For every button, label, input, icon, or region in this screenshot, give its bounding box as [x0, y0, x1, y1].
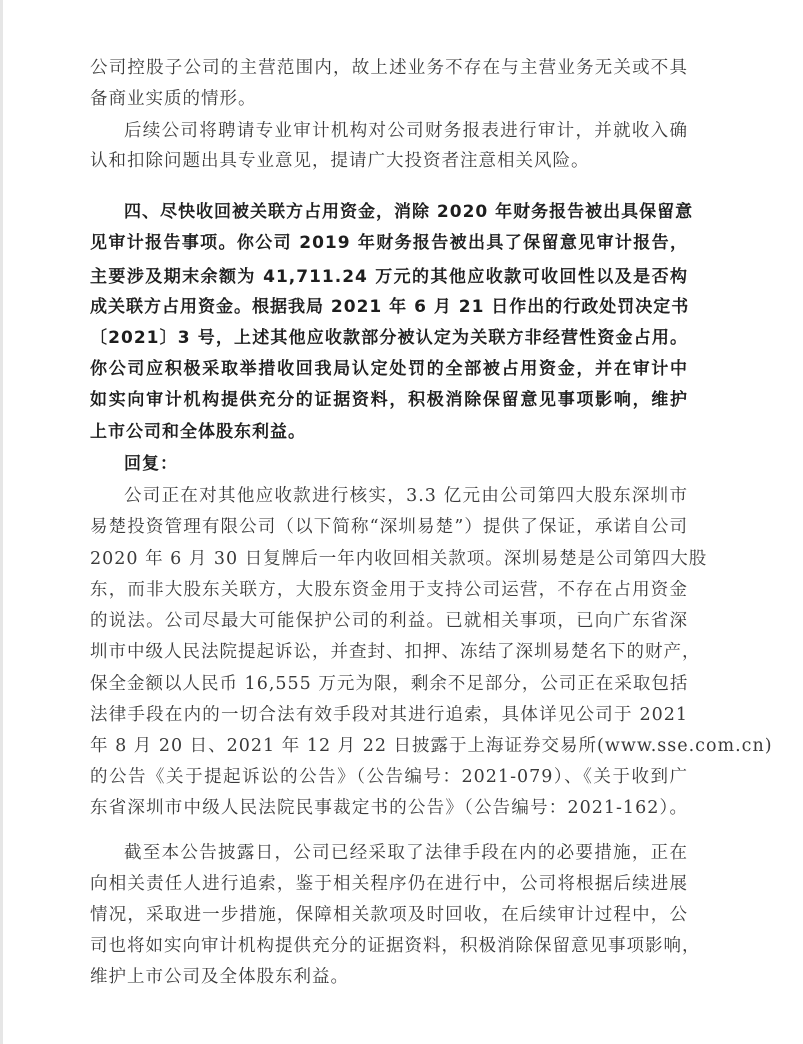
section-heading-line: 〔2021〕3 号，上述其他应收款部分被认定为关联方非经营性资金占用。 — [90, 323, 688, 353]
section-heading-line: 成关联方占用资金。根据我局 2021 年 6 月 21 日作出的行政处罚决定书 — [90, 292, 688, 322]
paragraph-line: 后续公司将聘请专业审计机构对公司财务报表进行审计，并就收入确 — [124, 116, 688, 146]
paragraph-line: 法律手段在内的一切合法有效手段对其进行追索，具体详见公司于 2021 — [90, 700, 688, 730]
paragraph-line: 易楚投资管理有限公司（以下简称“深圳易楚”）提供了保证，承诺自公司 — [90, 512, 688, 542]
paragraph-line: 圳市中级人民法院提起诉讼，并查封、扣押、冻结了深圳易楚名下的财产， — [90, 637, 688, 667]
paragraph-line: 公司控股子公司的主营范围内，故上述业务不存在与主营业务无关或不具 — [90, 53, 688, 83]
paragraph-line: 司也将如实向审计机构提供充分的证据资料，积极消除保留意见事项影响， — [90, 931, 688, 961]
paragraph-line: 东，而非大股东关联方，大股东资金用于支持公司运营，不存在占用资金 — [90, 575, 688, 605]
reply-heading: 回复： — [124, 449, 688, 479]
section-heading-line: 四、尽快收回被关联方占用资金，消除 2020 年财务报告被出具保留意 — [124, 197, 688, 227]
paragraph-line: 公司正在对其他应收款进行核实，3.3 亿元由公司第四大股东深圳市 — [124, 481, 688, 511]
section-heading-line: 主要涉及期末余额为 41,711.24 万元的其他应收款可收回性以及是否构 — [90, 262, 688, 292]
document-page: 公司控股子公司的主营范围内，故上述业务不存在与主营业务无关或不具 备商业实质的情… — [0, 0, 803, 1044]
section-heading-line: 如实向审计机构提供充分的证据资料，积极消除保留意见事项影响，维护 — [90, 385, 688, 415]
page-edge — [0, 0, 3, 1044]
paragraph-line: 年 8 月 20 日、2021 年 12 月 22 日披露于上海证券交易所(ww… — [90, 731, 688, 761]
paragraph-line: 的公告《关于提起诉讼的公告》（公告编号：2021-079）、《关于收到广 — [90, 762, 688, 792]
paragraph-line: 认和扣除问题出具专业意见，提请广大投资者注意相关风险。 — [90, 146, 688, 176]
section-heading-line: 见审计报告事项。你公司 2019 年财务报告被出具了保留意见审计报告， — [90, 228, 688, 258]
paragraph-line: 东省深圳市中级人民法院民事裁定书的公告》（公告编号：2021-162）。 — [90, 793, 688, 823]
paragraph-line: 保全金额以人民币 16,555 万元为限，剩余不足部分，公司正在采取包括 — [90, 669, 688, 699]
section-heading-line: 你公司应积极采取举措收回我局认定处罚的全部被占用资金，并在审计中 — [90, 354, 688, 384]
paragraph-line: 备商业实质的情形。 — [90, 84, 688, 114]
paragraph-line: 维护上市公司及全体股东利益。 — [90, 962, 688, 992]
paragraph-line: 情况，采取进一步措施，保障相关款项及时回收，在后续审计过程中，公 — [90, 900, 688, 930]
section-heading-line: 上市公司和全体股东利益。 — [90, 417, 688, 447]
paragraph-line: 2020 年 6 月 30 日复牌后一年内收回相关款项。深圳易楚是公司第四大股 — [90, 544, 688, 574]
paragraph-line: 截至本公告披露日，公司已经采取了法律手段在内的必要措施，正在 — [124, 838, 688, 868]
paragraph-line: 的说法。公司尽最大可能保护公司的利益。已就相关事项，已向广东省深 — [90, 606, 688, 636]
paragraph-line: 向相关责任人进行追索，鉴于相关程序仍在进行中，公司将根据后续进展 — [90, 869, 688, 899]
